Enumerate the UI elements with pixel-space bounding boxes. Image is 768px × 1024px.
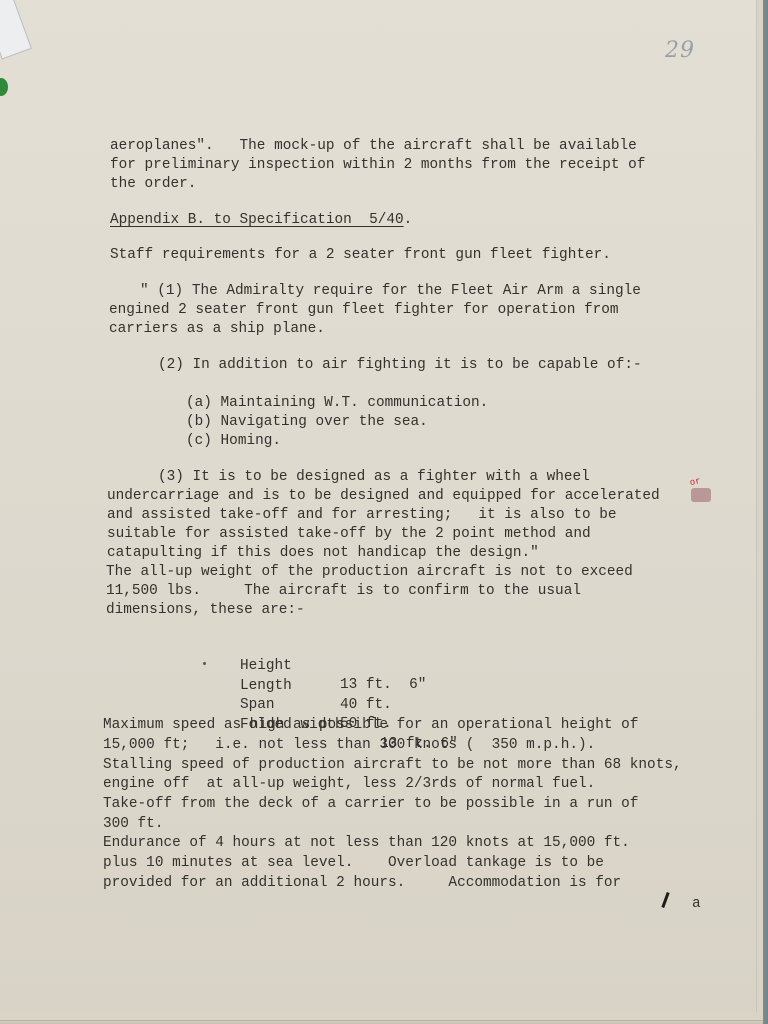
performance-line-1: Maximum speed as high as possible for an… bbox=[103, 716, 638, 735]
performance-line-7: Endurance of 4 hours at not less than 12… bbox=[103, 834, 630, 853]
dimension-row-span: Span 50 ft. bbox=[240, 677, 344, 697]
photo-scene: 29 aeroplanes". The mock-up of the aircr… bbox=[0, 0, 768, 1024]
performance-line-5: Take-off from the deck of a carrier to b… bbox=[103, 795, 638, 814]
opening-line-3: the order. bbox=[110, 175, 196, 194]
struck-suffix: ed bbox=[642, 488, 659, 504]
red-correction-annotation: or bbox=[689, 477, 701, 488]
ink-strikethrough bbox=[691, 488, 711, 502]
requirement-1-line-2: engined 2 seater front gun fleet fighter… bbox=[109, 301, 619, 320]
dimension-value: 13 ft. 6" bbox=[340, 676, 426, 695]
stray-ink-dot bbox=[203, 662, 206, 665]
document-page: 29 aeroplanes". The mock-up of the aircr… bbox=[0, 0, 757, 1012]
staff-requirements-title: Staff requirements for a 2 seater front … bbox=[110, 246, 611, 265]
requirement-3-line-1: (3) It is to be designed as a fighter wi… bbox=[158, 468, 590, 487]
appendix-heading-period: . bbox=[404, 212, 413, 228]
continuation-catchword: a bbox=[692, 895, 701, 914]
requirement-3-line-2-text: undercarriage and is to be designed and … bbox=[107, 488, 642, 504]
appendix-heading-text: Appendix B. to Specification 5/40 bbox=[110, 212, 404, 228]
performance-line-2: 15,000 ft; i.e. not less than 300 knots … bbox=[103, 736, 595, 755]
dimension-row-height: Height 13 ft. 6" bbox=[240, 638, 344, 658]
requirement-1-line-1: " (1) The Admiralty require for the Flee… bbox=[140, 282, 641, 301]
performance-line-3: Stalling speed of production aircraft to… bbox=[103, 756, 682, 775]
performance-line-9: provided for an additional 2 hours. Acco… bbox=[103, 874, 621, 893]
capability-c: (c) Homing. bbox=[186, 432, 281, 451]
performance-line-4: engine off at all-up weight, less 2/3rds… bbox=[103, 775, 595, 794]
dimension-row-folded-width: Folded width 13 ft. 6" bbox=[240, 697, 344, 717]
ink-tick-mark bbox=[661, 892, 669, 908]
weight-line-3: dimensions, these are:- bbox=[106, 601, 305, 620]
dimension-value: 40 ft. bbox=[340, 696, 392, 715]
paper-stack: 29 aeroplanes". The mock-up of the aircr… bbox=[0, 0, 763, 1021]
requirement-3-line-3: and assisted take-off and for arresting;… bbox=[107, 506, 617, 525]
opening-line-1: aeroplanes". The mock-up of the aircraft… bbox=[110, 137, 637, 156]
requirement-3-line-5: catapulting if this does not handicap th… bbox=[107, 544, 539, 563]
dimensions-list: Height 13 ft. 6" Length 40 ft. Span 50 f… bbox=[240, 638, 344, 716]
typewritten-text: aeroplanes". The mock-up of the aircraft… bbox=[0, 0, 756, 1012]
requirement-1-line-3: carriers as a ship plane. bbox=[109, 320, 325, 339]
dimension-row-length: Length 40 ft. bbox=[240, 658, 344, 678]
performance-line-8: plus 10 minutes at sea level. Overload t… bbox=[103, 854, 604, 873]
weight-line-1: The all-up weight of the production airc… bbox=[106, 563, 633, 582]
capability-b: (b) Navigating over the sea. bbox=[186, 413, 428, 432]
requirement-3-line-2: undercarriage and is to be designed and … bbox=[107, 487, 660, 506]
weight-line-2: 11,500 lbs. The aircraft is to confirm t… bbox=[106, 582, 581, 601]
appendix-heading: Appendix B. to Specification 5/40. bbox=[110, 211, 412, 230]
requirement-2: (2) In addition to air fighting it is to… bbox=[158, 356, 642, 375]
performance-line-6: 300 ft. bbox=[103, 815, 163, 834]
capability-a: (a) Maintaining W.T. communication. bbox=[186, 394, 488, 413]
opening-line-2: for preliminary inspection within 2 mont… bbox=[110, 156, 645, 175]
requirement-3-line-4: suitable for assisted take-off by the 2 … bbox=[107, 525, 591, 544]
